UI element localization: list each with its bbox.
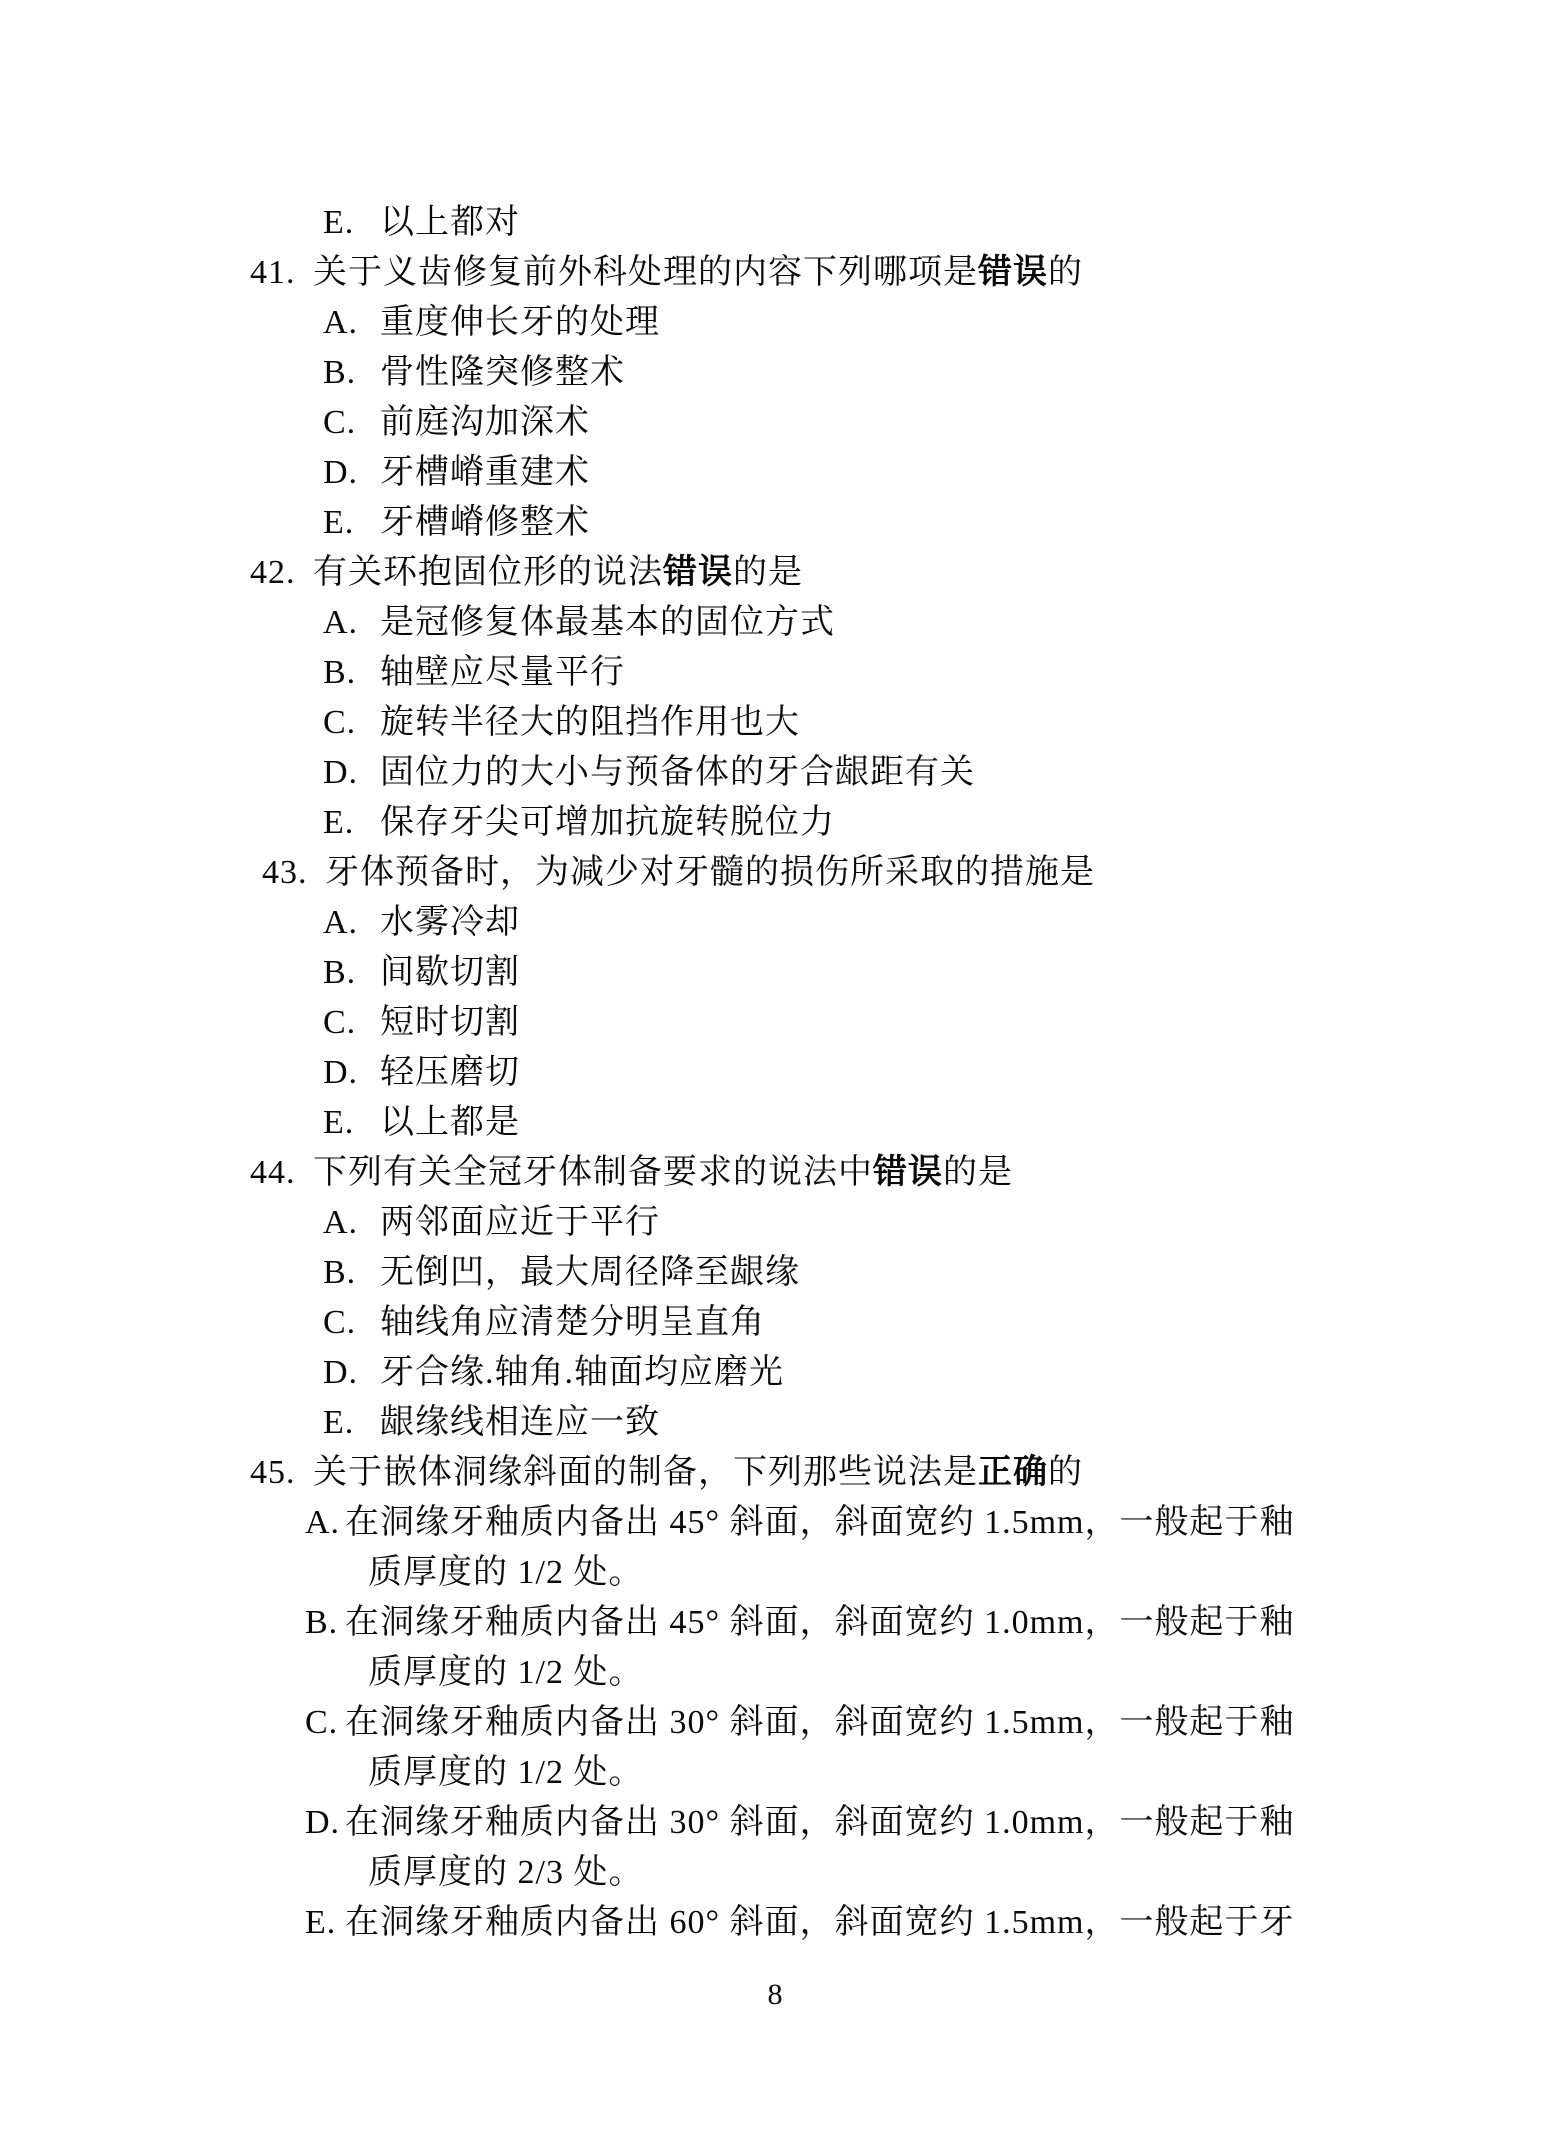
option-label: B. [323, 948, 380, 998]
question-number: 43. [262, 848, 325, 898]
option-row: B.在洞缘牙釉质内备出 45° 斜面，斜面宽约 1.0mm，一般起于釉 [0, 1598, 1550, 1648]
prompt-text: 有关环抱固位形的说法 [313, 554, 663, 591]
option-row: A.两邻面应近于平行 [0, 1198, 1550, 1248]
option-text: 在洞缘牙釉质内备出 45° 斜面，斜面宽约 1.5mm，一般起于釉 [345, 1504, 1295, 1541]
option-label: C. [323, 998, 380, 1048]
question-row: 41.关于义齿修复前外科处理的内容下列哪项是错误的 [0, 248, 1550, 298]
option-row: B.无倒凹，最大周径降至龈缘 [0, 1248, 1550, 1298]
option-text: 在洞缘牙釉质内备出 30° 斜面，斜面宽约 1.0mm，一般起于釉 [345, 1804, 1295, 1841]
option-text: 以上都是 [380, 1104, 520, 1141]
option-row: C.前庭沟加深术 [0, 398, 1550, 448]
option-text: 质厚度的 1/2 处。 [368, 1754, 643, 1791]
option-text: 在洞缘牙釉质内备出 60° 斜面，斜面宽约 1.5mm，一般起于牙 [345, 1904, 1295, 1941]
option-text: 轴壁应尽量平行 [380, 654, 625, 691]
option-text: 轴线角应清楚分明呈直角 [380, 1304, 765, 1341]
option-text: 短时切割 [380, 1004, 520, 1041]
option-row: C.旋转半径大的阻挡作用也大 [0, 698, 1550, 748]
question-number: 42. [250, 548, 313, 598]
prompt-emphasis: 错误 [663, 554, 733, 591]
option-text: 是冠修复体最基本的固位方式 [380, 604, 835, 641]
option-text: 质厚度的 1/2 处。 [368, 1654, 643, 1691]
exam-document-page: E.以上都对 41.关于义齿修复前外科处理的内容下列哪项是错误的 A.重度伸长牙… [0, 0, 1550, 2150]
prompt-emphasis: 错误 [978, 254, 1048, 291]
option-text: 以上都对 [380, 204, 520, 241]
option-row: D.在洞缘牙釉质内备出 30° 斜面，斜面宽约 1.0mm，一般起于釉 [0, 1798, 1550, 1848]
question-prompt: 牙体预备时，为减少对牙髓的损伤所采取的措施是 [325, 854, 1095, 891]
prompt-text: 关于义齿修复前外科处理的内容下列哪项是 [313, 254, 978, 291]
option-text: 质厚度的 1/2 处。 [368, 1554, 643, 1591]
option-text: 旋转半径大的阻挡作用也大 [380, 704, 800, 741]
option-row: A.重度伸长牙的处理 [0, 298, 1550, 348]
option-row: B.间歇切割 [0, 948, 1550, 998]
option-text: 龈缘线相连应一致 [380, 1404, 660, 1441]
prompt-text: 关于嵌体洞缘斜面的制备，下列那些说法是 [313, 1454, 978, 1491]
prompt-text: 下列有关全冠牙体制备要求的说法中 [313, 1154, 873, 1191]
option-text: 无倒凹，最大周径降至龈缘 [380, 1254, 800, 1291]
question-row: 44.下列有关全冠牙体制备要求的说法中错误的是 [0, 1148, 1550, 1198]
option-label: D. [323, 748, 380, 798]
option-row: D.牙合缘.轴角.轴面均应磨光 [0, 1348, 1550, 1398]
option-row: A.在洞缘牙釉质内备出 45° 斜面，斜面宽约 1.5mm，一般起于釉 [0, 1498, 1550, 1548]
option-label: B. [305, 1598, 345, 1648]
option-label: A. [323, 598, 380, 648]
question-number: 44. [250, 1148, 313, 1198]
prompt-text: 的 [1048, 1454, 1083, 1491]
option-row: D.固位力的大小与预备体的牙合龈距有关 [0, 748, 1550, 798]
option-text: 重度伸长牙的处理 [380, 304, 660, 341]
question-prompt: 有关环抱固位形的说法错误的是 [313, 554, 803, 591]
option-label: A. [323, 298, 380, 348]
option-label: E. [323, 1398, 380, 1448]
option-text: 前庭沟加深术 [380, 404, 590, 441]
option-label: C. [305, 1698, 345, 1748]
option-row: D.牙槽嵴重建术 [0, 448, 1550, 498]
option-row: E.在洞缘牙釉质内备出 60° 斜面，斜面宽约 1.5mm，一般起于牙 [0, 1898, 1550, 1948]
question-44: 44.下列有关全冠牙体制备要求的说法中错误的是 A.两邻面应近于平行 B.无倒凹… [0, 1148, 1550, 1448]
option-label: C. [323, 398, 380, 448]
option-label: E. [323, 798, 380, 848]
option-label: D. [323, 1048, 380, 1098]
option-text: 牙槽嵴重建术 [380, 454, 590, 491]
option-text: 固位力的大小与预备体的牙合龈距有关 [380, 754, 975, 791]
option-row: C.轴线角应清楚分明呈直角 [0, 1298, 1550, 1348]
prompt-emphasis: 错误 [873, 1154, 943, 1191]
prompt-text: 的 [1048, 254, 1083, 291]
option-label: B. [323, 1248, 380, 1298]
page-number: 8 [0, 1978, 1550, 2012]
question-42: 42.有关环抱固位形的说法错误的是 A.是冠修复体最基本的固位方式 B.轴壁应尽… [0, 548, 1550, 848]
option-continuation: 质厚度的 1/2 处。 [0, 1548, 1550, 1598]
option-label: A. [305, 1498, 345, 1548]
option-row: E.龈缘线相连应一致 [0, 1398, 1550, 1448]
prompt-text: 牙体预备时，为减少对牙髓的损伤所采取的措施是 [325, 854, 1095, 891]
option-label: A. [323, 1198, 380, 1248]
option-row: E.牙槽嵴修整术 [0, 498, 1550, 548]
option-row: E.以上都对 [0, 198, 1550, 248]
option-text: 间歇切割 [380, 954, 520, 991]
option-label: A. [323, 898, 380, 948]
option-row: E.以上都是 [0, 1098, 1550, 1148]
option-row: D.轻压磨切 [0, 1048, 1550, 1098]
option-text: 骨性隆突修整术 [380, 354, 625, 391]
option-label: E. [323, 498, 380, 548]
option-text: 水雾冷却 [380, 904, 520, 941]
question-row: 43.牙体预备时，为减少对牙髓的损伤所采取的措施是 [0, 848, 1550, 898]
option-label: E. [323, 198, 380, 248]
option-row: C.在洞缘牙釉质内备出 30° 斜面，斜面宽约 1.5mm，一般起于釉 [0, 1698, 1550, 1748]
option-text: 两邻面应近于平行 [380, 1204, 660, 1241]
option-label: C. [323, 698, 380, 748]
question-41: 41.关于义齿修复前外科处理的内容下列哪项是错误的 A.重度伸长牙的处理 B.骨… [0, 248, 1550, 548]
option-text: 牙合缘.轴角.轴面均应磨光 [380, 1354, 784, 1391]
option-label: B. [323, 348, 380, 398]
question-number: 45. [250, 1448, 313, 1498]
option-continuation: 质厚度的 2/3 处。 [0, 1848, 1550, 1898]
option-text: 轻压磨切 [380, 1054, 520, 1091]
option-text: 在洞缘牙釉质内备出 45° 斜面，斜面宽约 1.0mm，一般起于釉 [345, 1604, 1295, 1641]
option-text: 牙槽嵴修整术 [380, 504, 590, 541]
option-label: E. [323, 1098, 380, 1148]
question-number: 41. [250, 248, 313, 298]
option-text: 保存牙尖可增加抗旋转脱位力 [380, 804, 835, 841]
option-row: C.短时切割 [0, 998, 1550, 1048]
option-row: B.骨性隆突修整术 [0, 348, 1550, 398]
question-prompt: 关于义齿修复前外科处理的内容下列哪项是错误的 [313, 254, 1083, 291]
question-prompt: 关于嵌体洞缘斜面的制备，下列那些说法是正确的 [313, 1454, 1083, 1491]
option-text: 在洞缘牙釉质内备出 30° 斜面，斜面宽约 1.5mm，一般起于釉 [345, 1704, 1295, 1741]
question-43: 43.牙体预备时，为减少对牙髓的损伤所采取的措施是 A.水雾冷却 B.间歇切割 … [0, 848, 1550, 1148]
option-label: D. [323, 448, 380, 498]
option-label: E. [305, 1898, 345, 1948]
option-label: B. [323, 648, 380, 698]
question-row: 45.关于嵌体洞缘斜面的制备，下列那些说法是正确的 [0, 1448, 1550, 1498]
option-text: 质厚度的 2/3 处。 [368, 1854, 643, 1891]
prompt-text: 的是 [943, 1154, 1013, 1191]
option-continuation: 质厚度的 1/2 处。 [0, 1648, 1550, 1698]
option-row: B.轴壁应尽量平行 [0, 648, 1550, 698]
prompt-text: 的是 [733, 554, 803, 591]
option-label: D. [323, 1348, 380, 1398]
option-continuation: 质厚度的 1/2 处。 [0, 1748, 1550, 1798]
option-label: C. [323, 1298, 380, 1348]
option-row: A.是冠修复体最基本的固位方式 [0, 598, 1550, 648]
option-row: A.水雾冷却 [0, 898, 1550, 948]
option-row: E.保存牙尖可增加抗旋转脱位力 [0, 798, 1550, 848]
question-row: 42.有关环抱固位形的说法错误的是 [0, 548, 1550, 598]
option-label: D. [305, 1798, 345, 1848]
exam-content: E.以上都对 41.关于义齿修复前外科处理的内容下列哪项是错误的 A.重度伸长牙… [0, 198, 1550, 1948]
question-45: 45.关于嵌体洞缘斜面的制备，下列那些说法是正确的 A.在洞缘牙釉质内备出 45… [0, 1448, 1550, 1948]
question-prompt: 下列有关全冠牙体制备要求的说法中错误的是 [313, 1154, 1013, 1191]
prompt-emphasis: 正确 [978, 1454, 1048, 1491]
